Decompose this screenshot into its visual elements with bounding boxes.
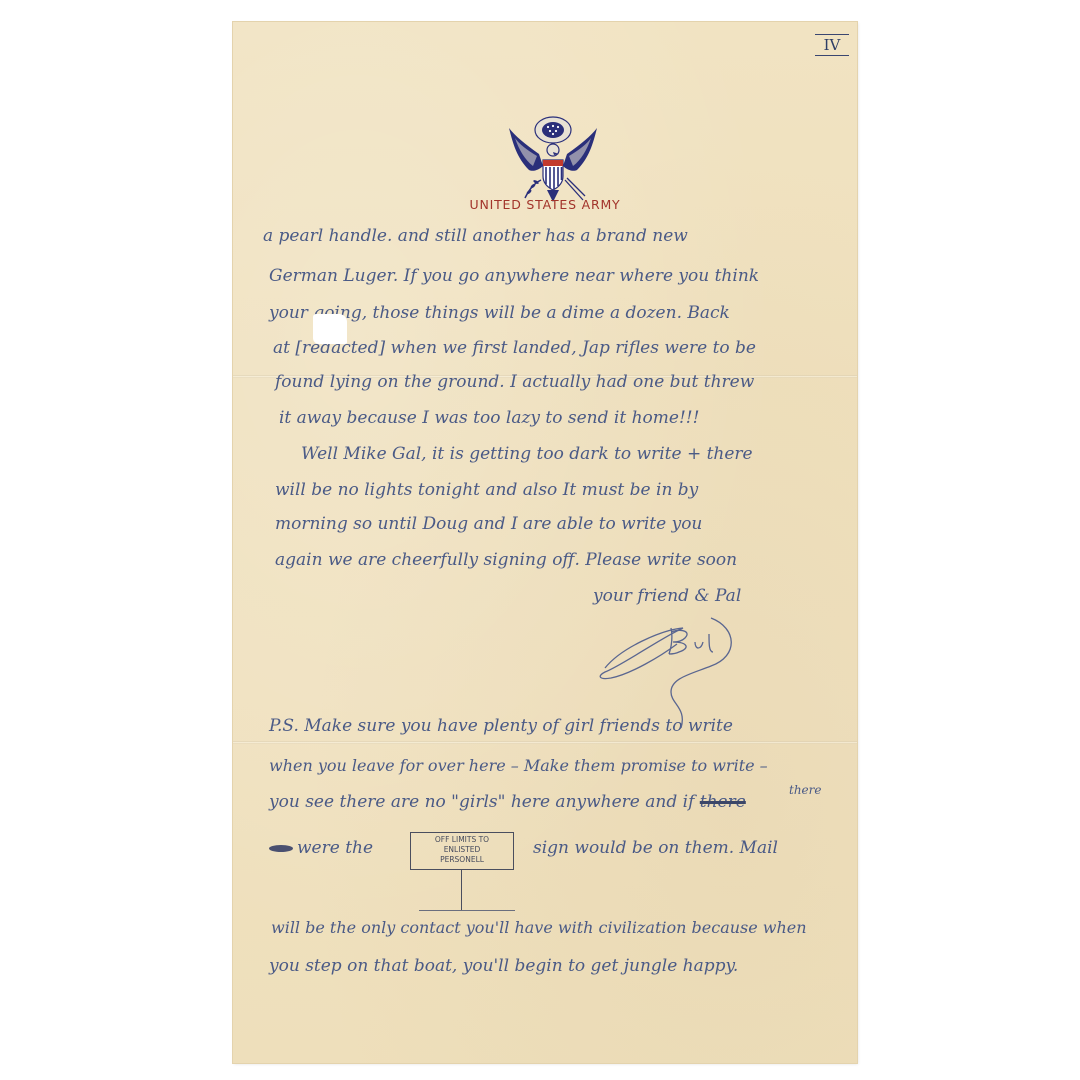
scribbled-out-word — [269, 845, 293, 852]
ps-line: were the — [269, 840, 373, 857]
ps-line: will be the only contact you'll have wit… — [271, 920, 807, 936]
body-line: found lying on the ground. I actually ha… — [275, 374, 754, 391]
body-line: morning so until Doug and I are able to … — [275, 516, 702, 533]
letter-page: IV U — [233, 22, 857, 1063]
eagle-crest-icon — [503, 114, 603, 208]
body-line: again we are cheerfully signing off. Ple… — [275, 552, 737, 569]
paper-fold — [233, 741, 857, 744]
body-line: German Luger. If you go anywhere near wh… — [269, 268, 759, 285]
signature-bud — [591, 608, 741, 738]
body-line: a pearl handle. and still another has a … — [263, 228, 688, 245]
closing: your friend & Pal — [593, 588, 741, 605]
ps-line: you step on that boat, you'll begin to g… — [269, 958, 738, 975]
sign-ground-line — [419, 910, 515, 911]
sign-post — [461, 870, 462, 910]
redacted-area — [313, 314, 347, 344]
letterhead: UNITED STATES ARMY — [233, 197, 857, 212]
page-number: IV — [815, 34, 849, 56]
ps-line: sign would be on them. Mail — [533, 840, 778, 857]
inserted-word: there — [789, 784, 822, 796]
body-line: Well Mike Gal, it is getting too dark to… — [301, 446, 753, 463]
body-line: will be no lights tonight and also It mu… — [275, 482, 698, 499]
ps-line: you see there are no "girls" here anywhe… — [269, 794, 746, 811]
off-limits-sign-drawing: OFF LIMITS TO ENLISTED PERSONELL — [410, 832, 514, 870]
body-line: it away because I was too lazy to send i… — [279, 410, 699, 427]
ps-line: when you leave for over here – Make them… — [269, 758, 768, 774]
crossed-out-word: there — [700, 792, 746, 812]
